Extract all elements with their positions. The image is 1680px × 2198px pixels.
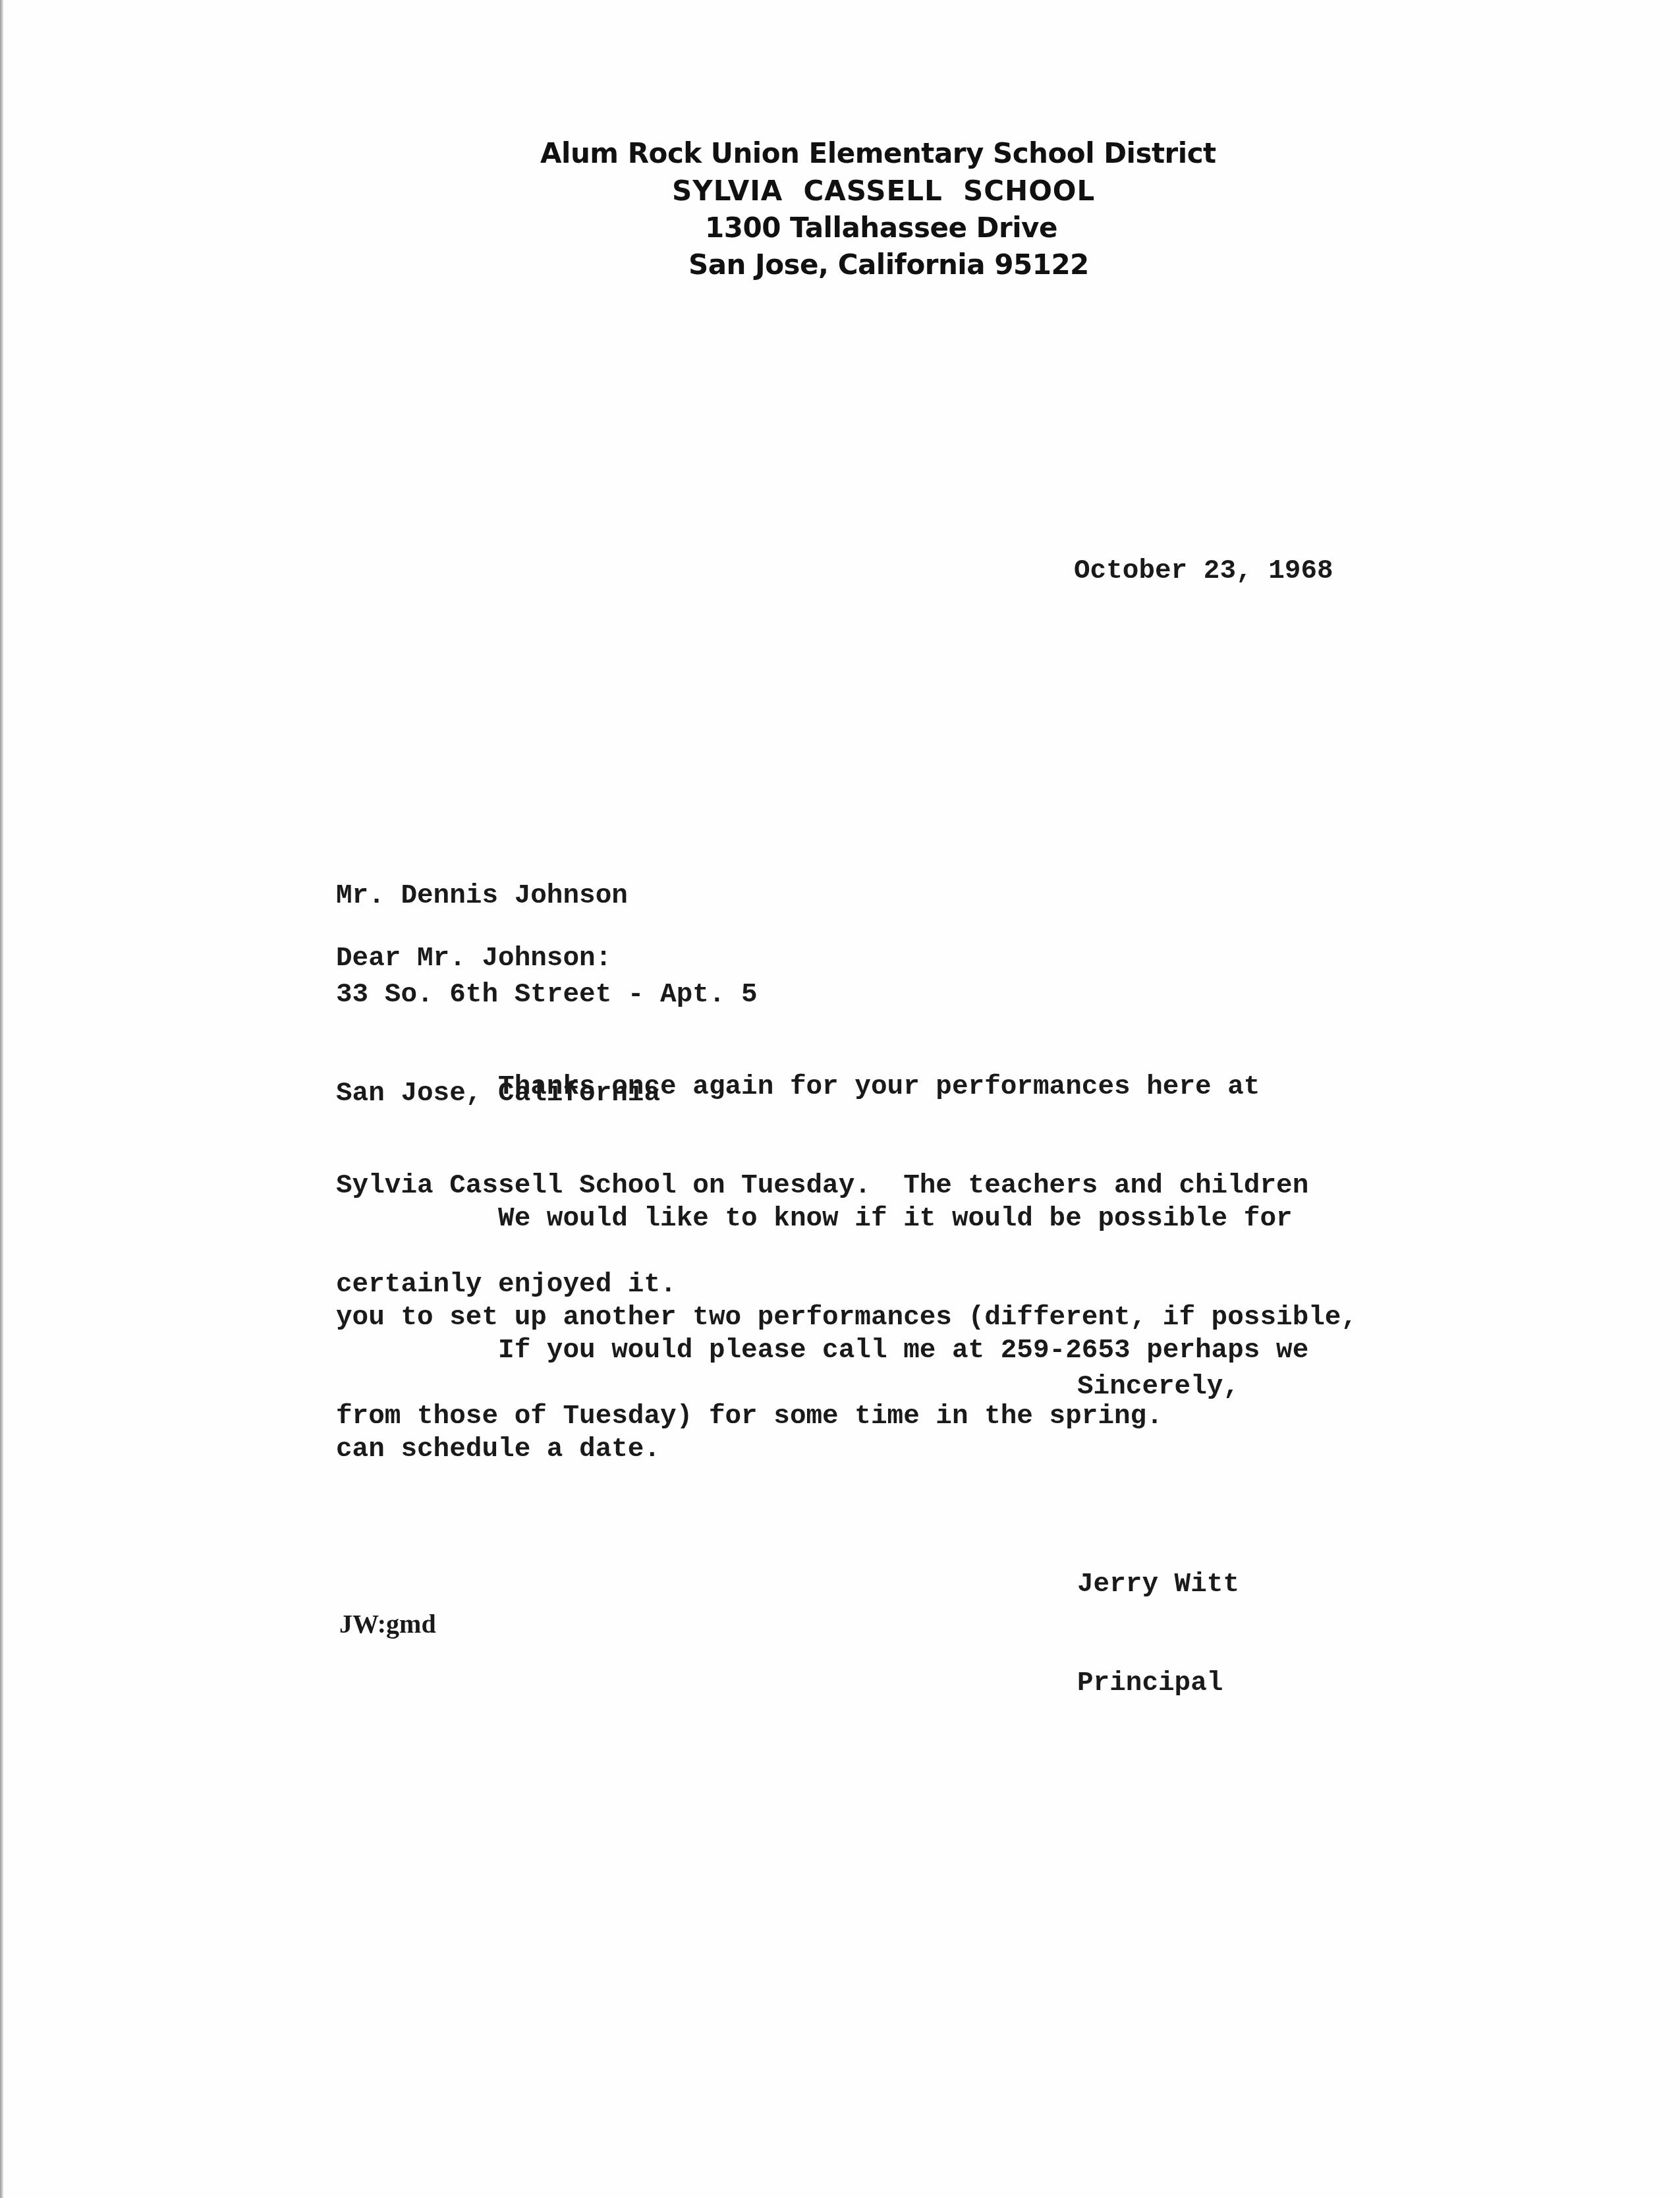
recipient-name: Mr. Dennis Johnson bbox=[336, 880, 758, 913]
body-line: If you would please call me at 259-2653 … bbox=[336, 1334, 1308, 1367]
letterhead-school: SYLVIA CASSELL SCHOOL bbox=[672, 173, 1095, 210]
letterhead-city: San Jose, California 95122 bbox=[688, 246, 1089, 283]
salutation: Dear Mr. Johnson: bbox=[336, 942, 611, 975]
reference-initials: JW:gmd bbox=[339, 1608, 436, 1641]
closing: Sincerely, bbox=[1077, 1370, 1239, 1403]
signature-block: Jerry Witt Principal bbox=[1077, 1502, 1239, 1766]
scan-edge bbox=[0, 0, 3, 2198]
signer-name: Jerry Witt bbox=[1077, 1568, 1239, 1601]
letter-date: October 23, 1968 bbox=[1074, 555, 1333, 588]
body-line: Thanks once again for your performances … bbox=[336, 1071, 1308, 1104]
body-line: can schedule a date. bbox=[336, 1433, 1308, 1466]
letter-page: Alum Rock Union Elementary School Distri… bbox=[0, 0, 1680, 2198]
letterhead-street: 1300 Tallahassee Drive bbox=[705, 210, 1057, 246]
signer-title: Principal bbox=[1077, 1667, 1239, 1700]
body-line: We would like to know if it would be pos… bbox=[336, 1202, 1357, 1235]
letterhead-district: Alum Rock Union Elementary School Distri… bbox=[540, 135, 1216, 172]
